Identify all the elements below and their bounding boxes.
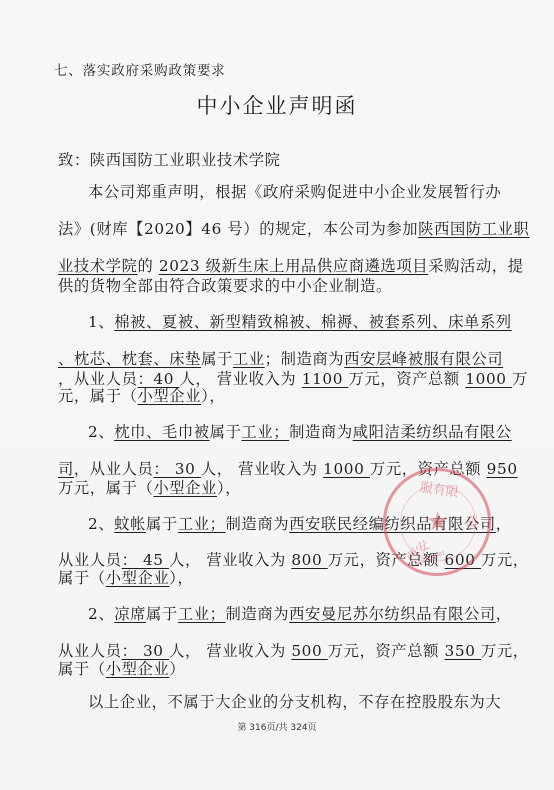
section-heading: 七、落实政府采购政策要求 <box>54 61 226 81</box>
intro-line-3: 业技术学院的 2023 级新生床上用品供应商遴选项目采购活动，提 <box>58 256 524 276</box>
intro-line-2: 法》(财库【2020】46 号）的规定，本公司为参加陕西国防工业职 <box>58 219 529 239</box>
company-seal-icon: 服有限 司 西安 ★ 610104007 <box>383 468 491 576</box>
item-3-line-3: 属于（小型企业）， <box>58 568 193 588</box>
item-1-line-4: 元，属于（小型企业）， <box>58 386 225 406</box>
page-title: 中小企业声明函 <box>0 90 554 120</box>
intro-line-4: 供的货物全部由符合政策要求的中小企业制造。 <box>58 276 392 296</box>
item-4-line-1: 2、凉席属于工业；制造商为西安曼尼苏尔纺织品有限公司， <box>88 604 512 624</box>
item-1-line-2: 、枕芯、枕套、床垫属于工业；制造商为西安层峰被服有限公司 <box>58 349 503 369</box>
item-4-line-3: 属于（小型企业） <box>58 659 185 679</box>
item-1-line-1: 1、棉被、夏被、新型精致棉被、棉褥、被套系列、床单系列 <box>88 312 512 332</box>
intro-line-1: 本公司郑重声明，根据《政府采购促进中小企业发展暂行办 <box>88 182 501 202</box>
item-4-line-2: 从业人员： 30 人， 营业收入为 500 万元，资产总额 350 万元， <box>58 641 529 661</box>
document-page: 七、落实政府采购政策要求 中小企业声明函 致：陕西国防工业职业技术学院 本公司郑… <box>0 0 554 790</box>
addressee: 致：陕西国防工业职业技术学院 <box>58 150 281 170</box>
item-2-line-3: 万元，属于（小型企业）， <box>58 478 241 498</box>
closing-text: 以上企业，不属于大企业的分支机构，不存在控股股东为大 <box>88 692 501 712</box>
item-2-line-1: 2、枕巾、毛巾被属于工业；制造商为咸阳洁柔纺织品有限公 <box>88 422 512 442</box>
page-number: 第 316页/共 324页 <box>0 720 554 733</box>
star-icon: ★ <box>426 509 449 535</box>
